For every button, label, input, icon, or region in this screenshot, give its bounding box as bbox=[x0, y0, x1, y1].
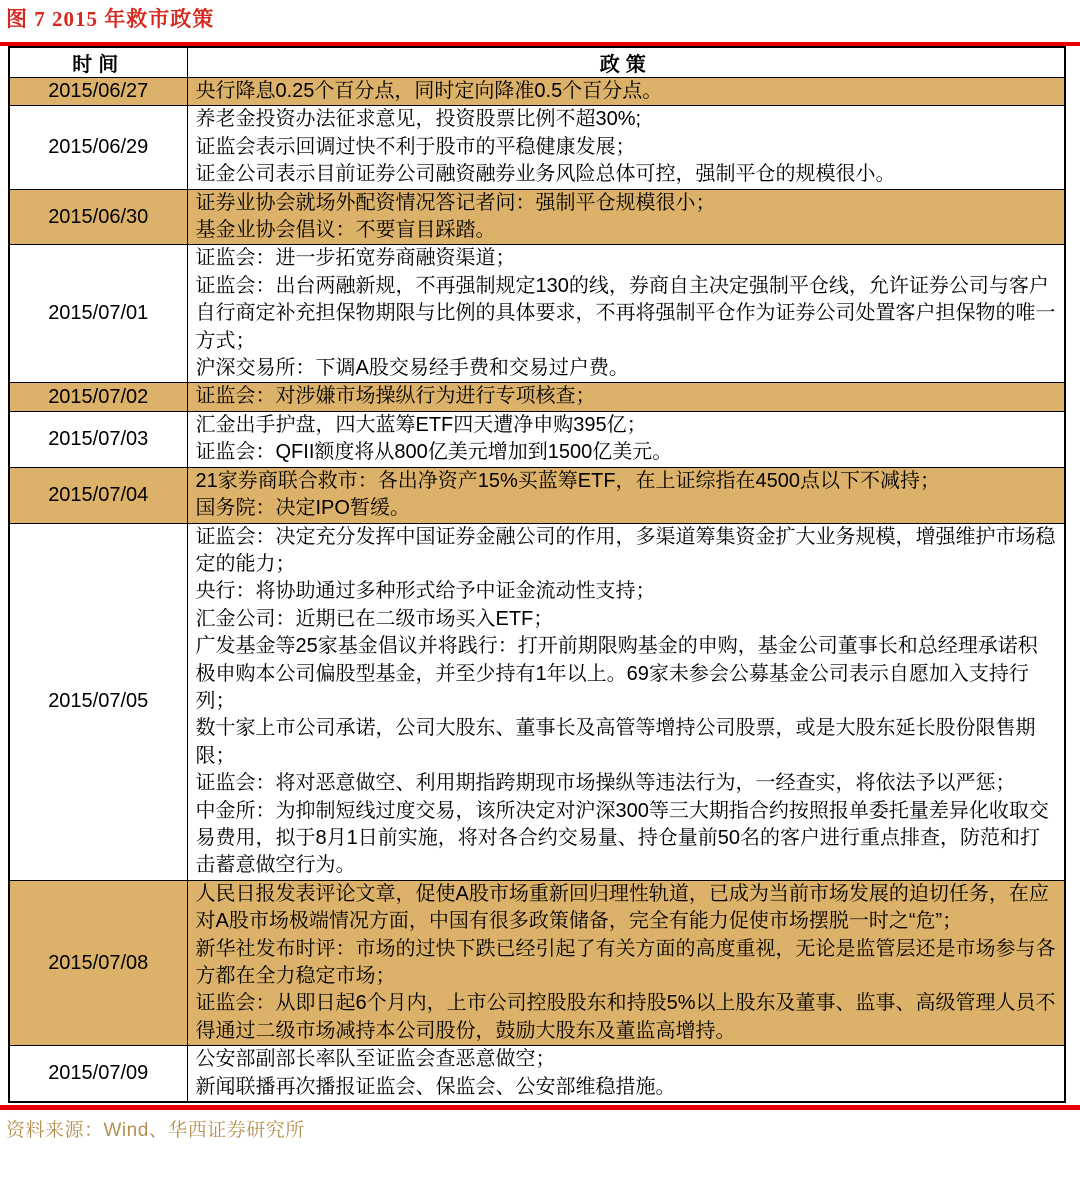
date-cell: 2015/07/09 bbox=[9, 1046, 187, 1102]
policy-line: 数十家上市公司承诺，公司大股东、董事长及高管等增持公司股票，或是大股东延长股份限… bbox=[196, 715, 1057, 770]
report-figure-page: 图 7 2015 年救市政策 时间 政策 2015/06/27央行降息0.25个… bbox=[0, 0, 1080, 1182]
policy-cell: 证监会：进一步拓宽券商融资渠道；证监会：出台两融新规，不再强制规定130的线，券… bbox=[187, 245, 1065, 383]
policy-cell: 汇金出手护盘，四大蓝筹ETF四天遭净申购395亿；证监会：QFII额度将从800… bbox=[187, 411, 1065, 467]
date-cell: 2015/07/03 bbox=[9, 411, 187, 467]
policy-table-body: 2015/06/27央行降息0.25个百分点，同时定向降准0.5个百分点。201… bbox=[9, 78, 1065, 1103]
policy-line: 国务院：决定IPO暂缓。 bbox=[196, 495, 1057, 522]
policy-cell: 养老金投资办法征求意见，投资股票比例不超30%;证监会表示回调过快不利于股市的平… bbox=[187, 106, 1065, 189]
date-cell: 2015/06/29 bbox=[9, 106, 187, 189]
policy-line: 证监会：出台两融新规，不再强制规定130的线，券商自主决定强制平仓线，允许证券公… bbox=[196, 273, 1057, 355]
table-row: 2015/07/05证监会：决定充分发挥中国证券金融公司的作用，多渠道筹集资金扩… bbox=[9, 523, 1065, 880]
policy-table: 时间 政策 2015/06/27央行降息0.25个百分点，同时定向降准0.5个百… bbox=[8, 46, 1066, 1103]
policy-cell: 公安部副部长率队至证监会查恶意做空；新闻联播再次播报证监会、保监会、公安部维稳措… bbox=[187, 1046, 1065, 1102]
date-cell: 2015/07/02 bbox=[9, 383, 187, 411]
header-cell-policy: 政策 bbox=[187, 47, 1065, 78]
table-row: 2015/07/01证监会：进一步拓宽券商融资渠道；证监会：出台两融新规，不再强… bbox=[9, 245, 1065, 383]
policy-line: 证券业协会就场外配资情况答记者问：强制平仓规模很小； bbox=[196, 190, 1057, 217]
policy-line: 央行：将协助通过多种形式给予中证金流动性支持； bbox=[196, 578, 1057, 605]
table-row: 2015/07/02证监会：对涉嫌市场操纵行为进行专项核查； bbox=[9, 383, 1065, 411]
policy-line: 养老金投资办法征求意见，投资股票比例不超30%; bbox=[196, 106, 1057, 133]
table-row: 2015/06/27央行降息0.25个百分点，同时定向降准0.5个百分点。 bbox=[9, 78, 1065, 106]
policy-line: 证监会：决定充分发挥中国证券金融公司的作用，多渠道筹集资金扩大业务规模，增强维护… bbox=[196, 524, 1057, 579]
table-row: 2015/07/08人民日报发表评论文章，促使A股市场重新回归理性轨道，已成为当… bbox=[9, 880, 1065, 1045]
policy-line: 基金业协会倡议：不要盲目踩踏。 bbox=[196, 217, 1057, 244]
date-cell: 2015/07/05 bbox=[9, 523, 187, 880]
bottom-divider-line bbox=[0, 1105, 1080, 1110]
policy-cell: 证券业协会就场外配资情况答记者问：强制平仓规模很小；基金业协会倡议：不要盲目踩踏… bbox=[187, 189, 1065, 245]
policy-line: 证监会：QFII额度将从800亿美元增加到1500亿美元。 bbox=[196, 439, 1057, 466]
policy-line: 广发基金等25家基金倡议并将践行：打开前期限购基金的申购，基金公司董事长和总经理… bbox=[196, 633, 1057, 715]
policy-line: 中金所：为抑制短线过度交易，该所决定对沪深300等三大期指合约按照报单委托量差异… bbox=[196, 798, 1057, 880]
policy-line: 证金公司表示目前证券公司融资融券业务风险总体可控，强制平仓的规模很小。 bbox=[196, 161, 1057, 188]
policy-line: 公安部副部长率队至证监会查恶意做空； bbox=[196, 1046, 1057, 1073]
policy-cell: 证监会：决定充分发挥中国证券金融公司的作用，多渠道筹集资金扩大业务规模，增强维护… bbox=[187, 523, 1065, 880]
table-row: 2015/06/30证券业协会就场外配资情况答记者问：强制平仓规模很小；基金业协… bbox=[9, 189, 1065, 245]
policy-cell: 央行降息0.25个百分点，同时定向降准0.5个百分点。 bbox=[187, 78, 1065, 106]
policy-line: 新闻联播再次播报证监会、保监会、公安部维稳措施。 bbox=[196, 1074, 1057, 1101]
figure-title: 图 7 2015 年救市政策 bbox=[0, 0, 1080, 32]
date-cell: 2015/07/04 bbox=[9, 467, 187, 523]
date-cell: 2015/06/27 bbox=[9, 78, 187, 106]
policy-line: 证监会：从即日起6个月内，上市公司控股股东和持股5%以上股东及董事、监事、高级管… bbox=[196, 990, 1057, 1045]
table-header-row: 时间 政策 bbox=[9, 47, 1065, 78]
policy-line: 证监会：将对恶意做空、利用期指跨期现市场操纵等违法行为，一经查实，将依法予以严惩… bbox=[196, 770, 1057, 797]
policy-line: 证监会：对涉嫌市场操纵行为进行专项核查； bbox=[196, 383, 1057, 410]
policy-line: 新华社发布时评：市场的过快下跌已经引起了有关方面的高度重视，无论是监管层还是市场… bbox=[196, 936, 1057, 991]
policy-line: 汇金公司：近期已在二级市场买入ETF； bbox=[196, 606, 1057, 633]
policy-line: 证监会：进一步拓宽券商融资渠道； bbox=[196, 245, 1057, 272]
policy-cell: 21家券商联合救市：各出净资产15%买蓝筹ETF，在上证综指在4500点以下不减… bbox=[187, 467, 1065, 523]
table-row: 2015/07/0421家券商联合救市：各出净资产15%买蓝筹ETF，在上证综指… bbox=[9, 467, 1065, 523]
table-row: 2015/07/09公安部副部长率队至证监会查恶意做空；新闻联播再次播报证监会、… bbox=[9, 1046, 1065, 1102]
table-row: 2015/06/29养老金投资办法征求意见，投资股票比例不超30%;证监会表示回… bbox=[9, 106, 1065, 189]
date-cell: 2015/07/01 bbox=[9, 245, 187, 383]
date-cell: 2015/06/30 bbox=[9, 189, 187, 245]
policy-line: 汇金出手护盘，四大蓝筹ETF四天遭净申购395亿； bbox=[196, 412, 1057, 439]
policy-line: 央行降息0.25个百分点，同时定向降准0.5个百分点。 bbox=[196, 78, 1057, 105]
policy-line: 21家券商联合救市：各出净资产15%买蓝筹ETF，在上证综指在4500点以下不减… bbox=[196, 468, 1057, 495]
policy-line: 沪深交易所：下调A股交易经手费和交易过户费。 bbox=[196, 355, 1057, 382]
date-cell: 2015/07/08 bbox=[9, 880, 187, 1045]
policy-cell: 人民日报发表评论文章，促使A股市场重新回归理性轨道，已成为当前市场发展的迫切任务… bbox=[187, 880, 1065, 1045]
table-row: 2015/07/03汇金出手护盘，四大蓝筹ETF四天遭净申购395亿；证监会：Q… bbox=[9, 411, 1065, 467]
header-cell-time: 时间 bbox=[9, 47, 187, 78]
source-note: 资料来源：Wind、华西证券研究所 bbox=[6, 1115, 1080, 1142]
policy-cell: 证监会：对涉嫌市场操纵行为进行专项核查； bbox=[187, 383, 1065, 411]
policy-line: 证监会表示回调过快不利于股市的平稳健康发展； bbox=[196, 134, 1057, 161]
policy-line: 人民日报发表评论文章，促使A股市场重新回归理性轨道，已成为当前市场发展的迫切任务… bbox=[196, 881, 1057, 936]
